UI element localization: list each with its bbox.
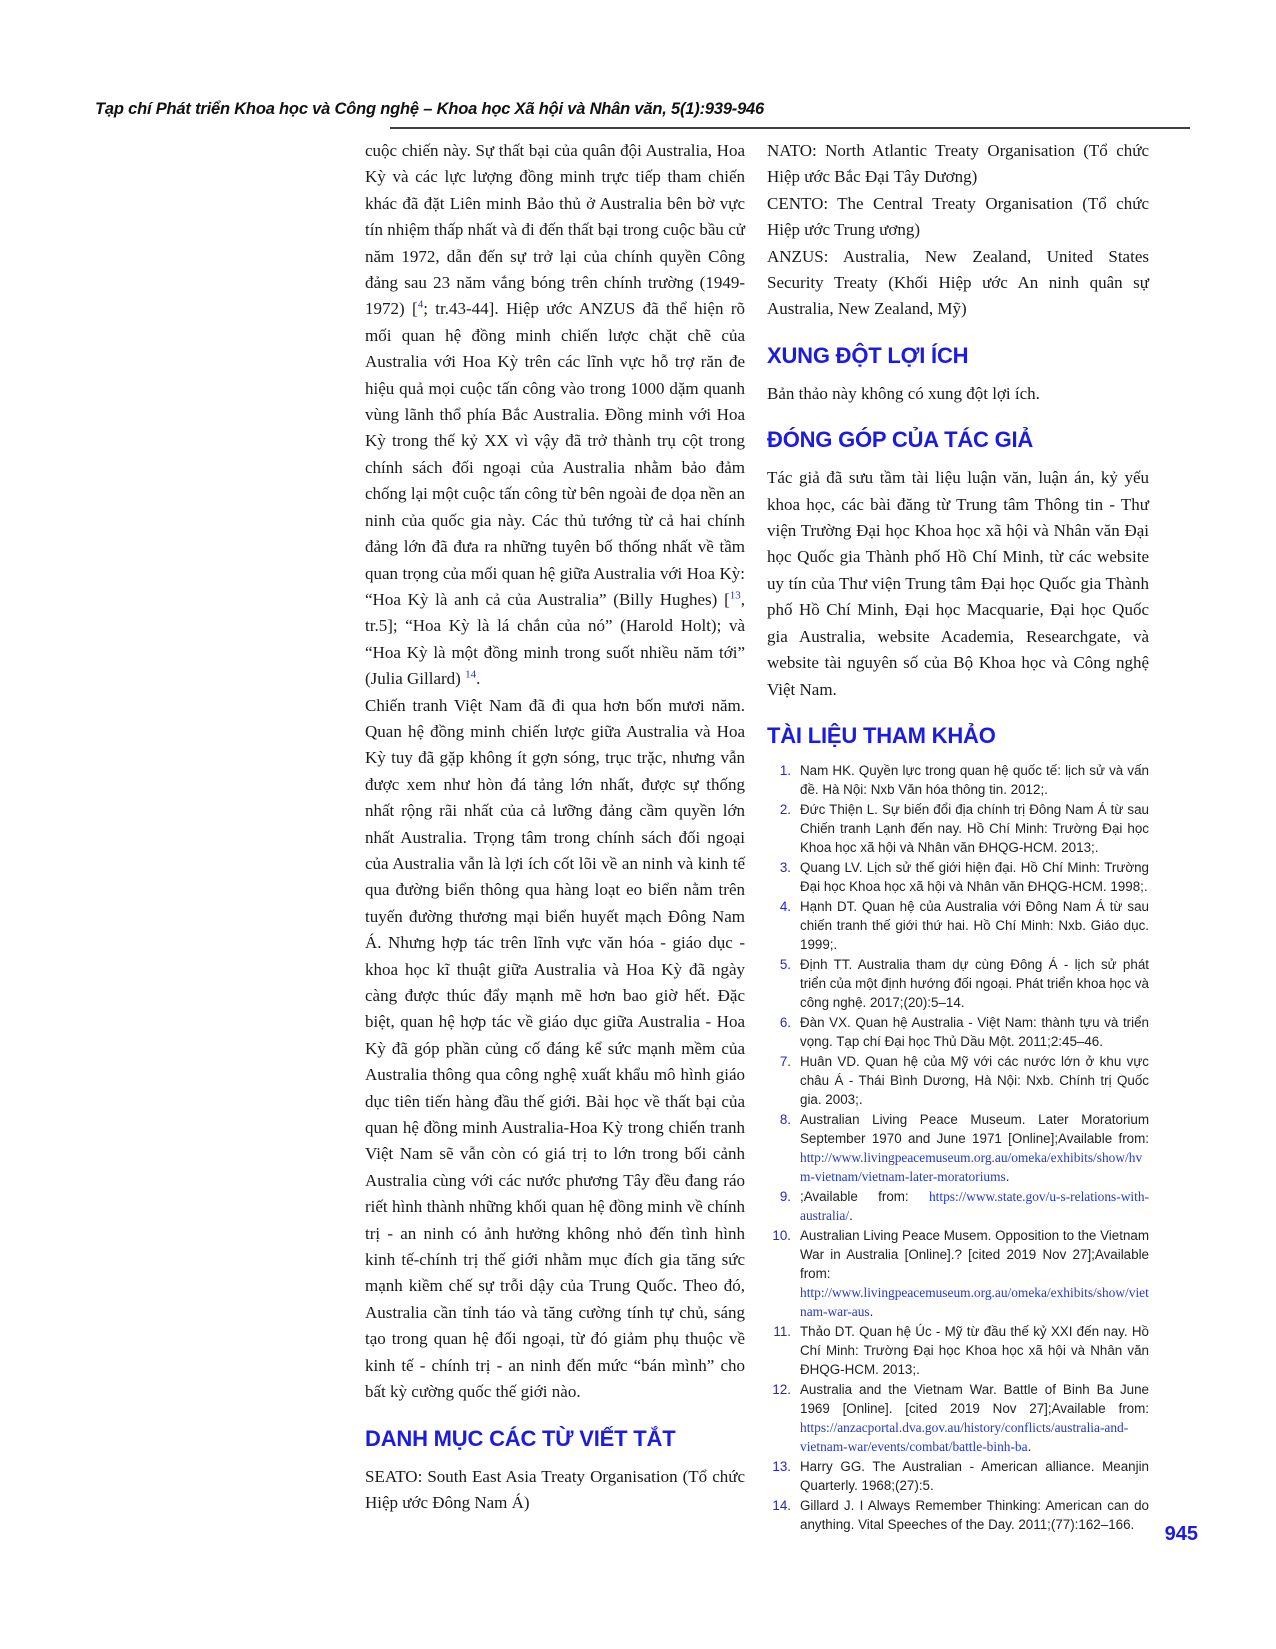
reference-text: Định TT. Australia tham dự cùng Đông Á -… (800, 955, 1149, 1012)
reference-number: 8. (767, 1110, 791, 1186)
reference-number: 13. (767, 1457, 791, 1495)
reference-number: 9. (767, 1187, 791, 1225)
reference-item: 1.Nam HK. Quyền lực trong quan hệ quốc t… (767, 761, 1149, 799)
reference-number: 10. (767, 1226, 791, 1321)
reference-text: Nam HK. Quyền lực trong quan hệ quốc tế:… (800, 761, 1149, 799)
reference-item: 14.Gillard J. I Always Remember Thinking… (767, 1496, 1149, 1534)
body-paragraph-war-outcome: cuộc chiến này. Sự thất bại của quân đội… (365, 138, 745, 693)
reference-text: ;Available from: https://www.state.gov/u… (800, 1187, 1149, 1225)
reference-number: 1. (767, 761, 791, 799)
left-column: cuộc chiến này. Sự thất bại của quân đội… (365, 138, 745, 1535)
reference-text: Australia and the Vietnam War. Battle of… (800, 1380, 1149, 1456)
reference-item: 5.Định TT. Australia tham dự cùng Đông Á… (767, 955, 1149, 1012)
reference-number: 5. (767, 955, 791, 1012)
reference-text: Gillard J. I Always Remember Thinking: A… (800, 1496, 1149, 1534)
reference-item: 13.Harry GG. The Australian - American a… (767, 1457, 1149, 1495)
citation-superscript[interactable]: 13 (730, 589, 741, 601)
reference-number: 11. (767, 1322, 791, 1379)
reference-item: 11.Thảo DT. Quan hệ Úc - Mỹ từ đầu thế k… (767, 1322, 1149, 1379)
reference-item: 8.Australian Living Peace Museum. Later … (767, 1110, 1149, 1186)
reference-number: 2. (767, 800, 791, 857)
reference-text: Harry GG. The Australian - American alli… (800, 1457, 1149, 1495)
author-contribution-heading: ĐÓNG GÓP CỦA TÁC GIẢ (767, 427, 1149, 453)
reference-item: 9.;Available from: https://www.state.gov… (767, 1187, 1149, 1225)
reference-text: Huân VD. Quan hệ của Mỹ với các nước lớn… (800, 1052, 1149, 1109)
reference-item: 12.Australia and the Vietnam War. Battle… (767, 1380, 1149, 1456)
reference-text: Quang LV. Lịch sử thế giới hiện đại. Hồ … (800, 858, 1149, 896)
reference-text: Hạnh DT. Quan hệ của Australia với Đông … (800, 897, 1149, 954)
reference-number: 14. (767, 1496, 791, 1534)
reference-link[interactable]: https://anzacportal.dva.gov.au/history/c… (800, 1420, 1128, 1454)
reference-link[interactable]: http://www.livingpeacemuseum.org.au/omek… (800, 1285, 1149, 1319)
reference-list: 1.Nam HK. Quyền lực trong quan hệ quốc t… (767, 761, 1149, 1534)
reference-text: Thảo DT. Quan hệ Úc - Mỹ từ đầu thế kỷ X… (800, 1322, 1149, 1379)
journal-header-title: Tạp chí Phát triển Khoa học và Công nghệ… (95, 100, 764, 119)
reference-item: 4.Hạnh DT. Quan hệ của Australia với Đôn… (767, 897, 1149, 954)
reference-item: 10.Australian Living Peace Musem. Opposi… (767, 1226, 1149, 1321)
reference-item: 7.Huân VD. Quan hệ của Mỹ với các nước l… (767, 1052, 1149, 1109)
header-rule (390, 127, 1190, 129)
reference-item: 3.Quang LV. Lịch sử thế giới hiện đại. H… (767, 858, 1149, 896)
body-paragraph-conclusion: Chiến tranh Việt Nam đã đi qua hơn bốn m… (365, 693, 745, 1406)
reference-number: 3. (767, 858, 791, 896)
conflict-of-interest-heading: XUNG ĐỘT LỢI ÍCH (767, 343, 1149, 369)
reference-number: 7. (767, 1052, 791, 1109)
citation-superscript[interactable]: 14 (465, 668, 476, 680)
author-contribution-text: Tác giả đã sưu tầm tài liệu luận văn, lu… (767, 465, 1149, 703)
two-column-body: cuộc chiến này. Sự thất bại của quân đội… (365, 138, 1149, 1535)
page-number: 945 (1120, 1523, 1198, 1546)
reference-link[interactable]: http://www.livingpeacemuseum.org.au/omek… (800, 1150, 1142, 1184)
abbrev-item-nato: NATO: North Atlantic Treaty Organisation… (767, 138, 1149, 191)
references-heading: TÀI LIỆU THAM KHẢO (767, 723, 1149, 749)
reference-text: Đàn VX. Quan hệ Australia - Việt Nam: th… (800, 1013, 1149, 1051)
abbreviations-heading: DANH MỤC CÁC TỪ VIẾT TẮT (365, 1426, 745, 1452)
reference-text: Đức Thiện L. Sự biến đổi địa chính trị Đ… (800, 800, 1149, 857)
reference-number: 6. (767, 1013, 791, 1051)
reference-number: 4. (767, 897, 791, 954)
abbrev-item-anzus: ANZUS: Australia, New Zealand, United St… (767, 244, 1149, 323)
reference-item: 2.Đức Thiện L. Sự biến đổi địa chính trị… (767, 800, 1149, 857)
right-column: NATO: North Atlantic Treaty Organisation… (767, 138, 1149, 1535)
journal-page: Tạp chí Phát triển Khoa học và Công nghệ… (0, 0, 1276, 1649)
reference-text: Australian Living Peace Musem. Oppositio… (800, 1226, 1149, 1321)
abbrev-item-seato: SEATO: South East Asia Treaty Organisati… (365, 1464, 745, 1517)
abbrev-item-cento: CENTO: The Central Treaty Organisation (… (767, 191, 1149, 244)
reference-item: 6.Đàn VX. Quan hệ Australia - Việt Nam: … (767, 1013, 1149, 1051)
reference-number: 12. (767, 1380, 791, 1456)
conflict-of-interest-text: Bản thảo này không có xung đột lợi ích. (767, 381, 1149, 407)
reference-text: Australian Living Peace Museum. Later Mo… (800, 1110, 1149, 1186)
